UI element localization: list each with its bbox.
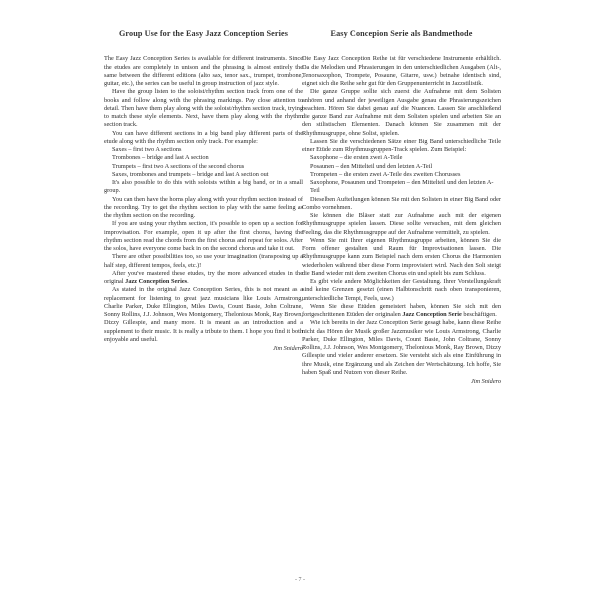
english-column: Group Use for the Easy Jazz Conception S… [104,30,303,353]
paragraph: Lassen Sie die verschiedenen Sätze einer… [302,138,501,155]
paragraph: You can have different sections in a big… [104,130,303,147]
author-signature: Jim Snidero [104,345,303,353]
text: beschäftigen. [462,311,497,318]
paragraph: There are other possibilities too, so us… [104,253,303,270]
example-line: Trombones – bridge and last A section [104,154,303,162]
paragraph: Wenn Sie diese Etüden gemeistert haben, … [302,303,501,320]
paragraph: Es gibt viele andere Möglichkeiten der G… [302,278,501,303]
example-line: Posaunen – den Mittelteil und den letzte… [302,163,501,171]
series-title: Jazz Conception Serie [402,311,461,318]
paragraph: If you are using your rhythm section, it… [104,220,303,253]
paragraph: After you've mastered these etudes, try … [104,270,303,287]
paragraph: Wenn Sie mit Ihrer eigenen Rhythmusgrupp… [302,237,501,278]
paragraph: As stated in the original Jazz Conceptio… [104,286,303,344]
paragraph: Have the group listen to the soloist/rhy… [104,88,303,129]
example-line: Trumpets – first two A sections of the s… [104,163,303,171]
text: . [187,278,189,285]
paragraph: Sie können die Bläser statt zur Aufnahme… [302,212,501,237]
example-line: Saxes, trombones and trumpets – bridge a… [104,171,303,179]
paragraph: Dieselben Aufteilungen können Sie mit de… [302,196,501,213]
example-line: Trompeten – die ersten zwei A-Teile des … [302,171,501,179]
paragraph: The Easy Jazz Conception Series is avail… [104,55,303,88]
english-heading: Group Use for the Easy Jazz Conception S… [104,30,303,38]
german-heading: Easy Concepion Serie als Bandmethode [302,30,501,38]
example-line: Saxophone – die ersten zwei A-Teile [302,154,501,162]
paragraph: It's also possible to do this with soloi… [104,179,303,196]
german-column: Easy Concepion Serie als Bandmethode Die… [302,30,501,386]
paragraph: Die Easy Jazz Conception Reihe ist für v… [302,55,501,88]
series-title: Jazz Conception Series [125,278,187,285]
paragraph: Wie ich bereits in der Jazz Conception S… [302,319,501,377]
example-line: Saxophone, Posaunen und Trompeten – den … [302,179,501,196]
page-number: - 7 - [0,577,600,583]
example-line: Saxes – first two A sections [104,146,303,154]
paragraph: You can then have the horns play along w… [104,196,303,221]
paragraph: Die ganze Gruppe sollte sich zuerst die … [302,88,501,138]
author-signature: Jim Snidero [302,378,501,386]
